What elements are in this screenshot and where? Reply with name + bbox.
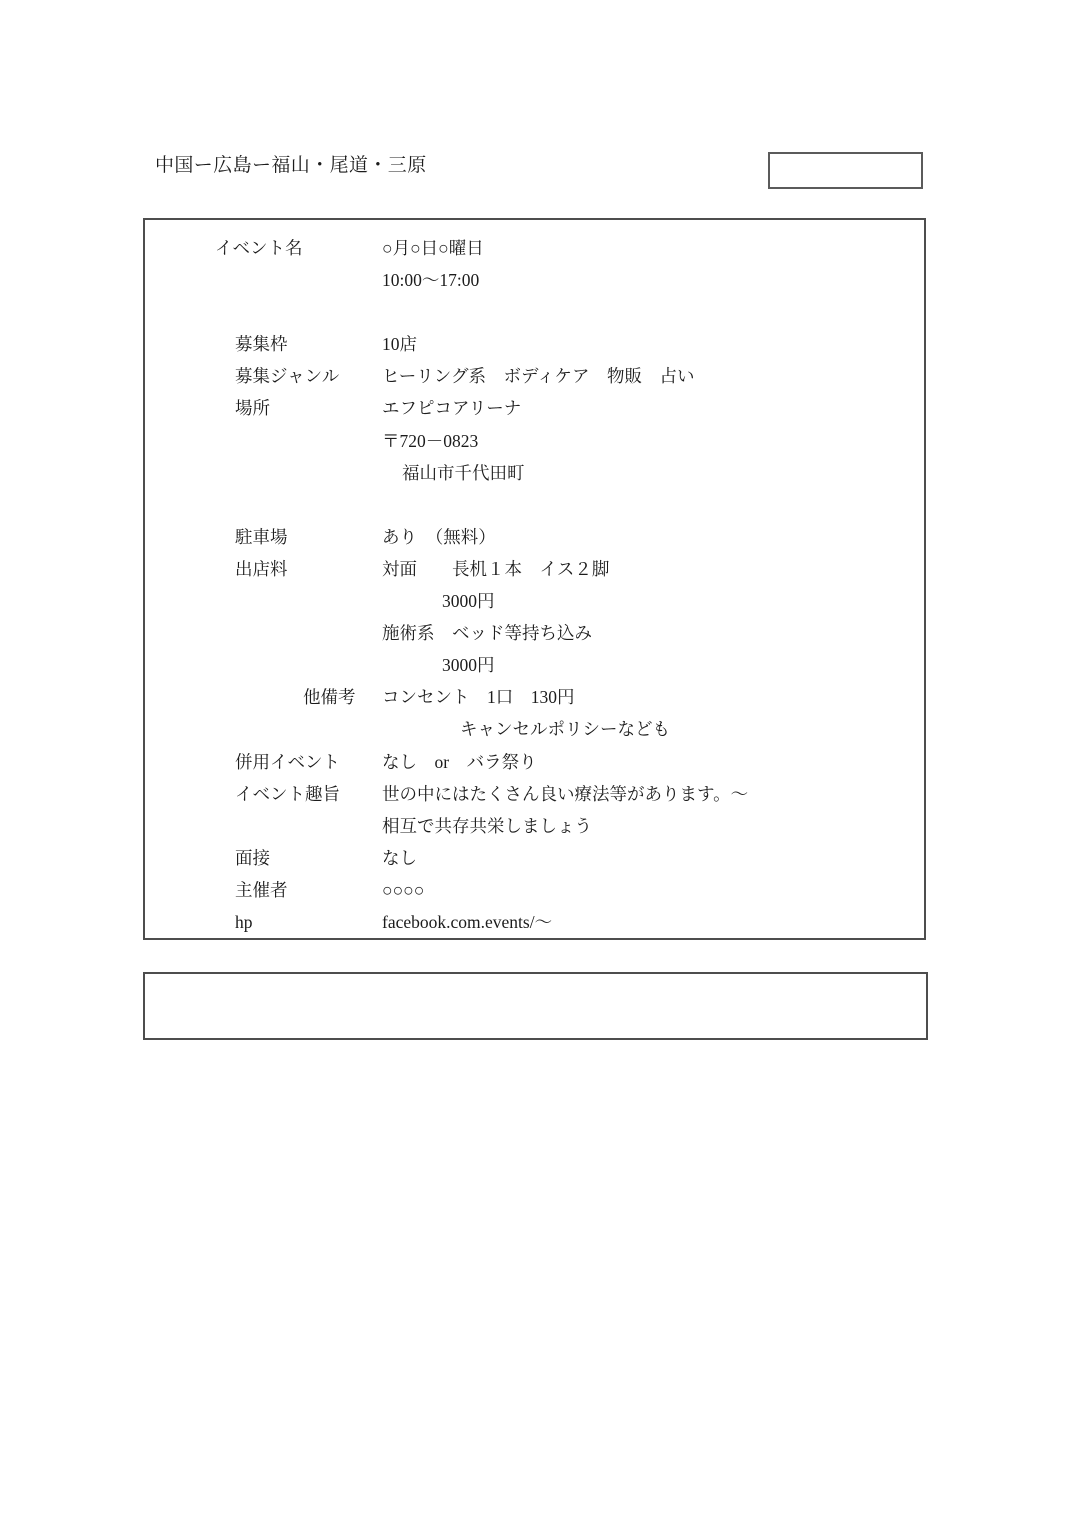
field-row: 面接なし: [145, 843, 924, 875]
footer-empty-box: [143, 972, 928, 1040]
field-value: 10店: [382, 332, 417, 356]
field-label: 出店料: [235, 557, 288, 581]
field-label: 募集枠: [235, 332, 288, 356]
field-label: 場所: [235, 396, 270, 420]
document-page: 中国ー広島ー福山・尾道・三原 イベント名○月○日○曜日10:00～17:00募集…: [0, 0, 1076, 1521]
hp-url: facebook.com.events/～: [382, 910, 552, 934]
region-title: 中国ー広島ー福山・尾道・三原: [155, 150, 427, 177]
field-row: 場所エフピコアリーナ: [145, 393, 924, 425]
field-row: 駐車場あり （無料）: [145, 522, 924, 554]
field-value: コンセント 1口 130円: [382, 685, 575, 709]
field-row: [145, 297, 924, 329]
field-row: 3000円: [145, 586, 924, 618]
field-value: 3000円: [442, 589, 495, 613]
field-value: 対面 長机１本 イス２脚: [382, 557, 609, 581]
field-label: 面接: [235, 846, 270, 870]
field-value: ○月○日○曜日: [382, 236, 484, 260]
field-row: 10:00～17:00: [145, 265, 924, 297]
field-row: 併用イベントなし or バラ祭り: [145, 747, 924, 779]
field-row: [145, 490, 924, 522]
event-info-box: イベント名○月○日○曜日10:00～17:00募集枠10店募集ジャンルヒーリング…: [143, 218, 926, 940]
header-empty-box: [768, 152, 923, 189]
field-value: ○○○○: [382, 878, 424, 902]
field-value: 相互で共存共栄しましょう: [382, 814, 592, 838]
field-row: イベント名○月○日○曜日: [145, 233, 924, 265]
field-value: なし or バラ祭り: [382, 750, 537, 774]
field-row: 出店料対面 長机１本 イス２脚: [145, 554, 924, 586]
field-label: 併用イベント: [235, 750, 340, 774]
field-label: 主催者: [235, 878, 288, 902]
field-row: 相互で共存共栄しましょう: [145, 811, 924, 843]
field-value: エフピコアリーナ: [382, 396, 521, 420]
field-row: 募集ジャンルヒーリング系 ボディケア 物販 占い: [145, 361, 924, 393]
field-label: 他備考: [303, 685, 356, 709]
field-row: キャンセルポリシーなども: [145, 714, 924, 746]
field-value: 施術系 ベッド等持ち込み: [382, 621, 592, 645]
field-label: 募集ジャンル: [235, 364, 339, 388]
field-row: 福山市千代田町: [145, 458, 924, 490]
field-label: hp: [235, 910, 253, 934]
field-value: あり （無料）: [382, 525, 496, 549]
field-label: イベント趣旨: [235, 782, 340, 806]
field-value: キャンセルポリシーなども: [460, 717, 670, 741]
field-row: 募集枠10店: [145, 329, 924, 361]
event-info-rows: イベント名○月○日○曜日10:00～17:00募集枠10店募集ジャンルヒーリング…: [145, 233, 924, 939]
field-row: hpfacebook.com.events/～: [145, 907, 924, 939]
field-row: イベント趣旨世の中にはたくさん良い療法等があります。～: [145, 779, 924, 811]
field-value: ヒーリング系 ボディケア 物販 占い: [382, 364, 695, 388]
field-row: 〒720－0823: [145, 426, 924, 458]
field-row: 3000円: [145, 650, 924, 682]
field-value: 3000円: [442, 653, 495, 677]
field-row: 他備考コンセント 1口 130円: [145, 682, 924, 714]
field-label: イベント名: [215, 236, 303, 260]
field-value: 福山市千代田町: [402, 461, 525, 485]
field-row: 主催者○○○○: [145, 875, 924, 907]
field-value: 10:00～17:00: [382, 268, 479, 292]
field-value: 世の中にはたくさん良い療法等があります。～: [382, 782, 748, 806]
field-value: 〒720－0823: [382, 429, 478, 453]
field-value: なし: [382, 846, 417, 870]
field-row: 施術系 ベッド等持ち込み: [145, 618, 924, 650]
field-label: 駐車場: [235, 525, 288, 549]
